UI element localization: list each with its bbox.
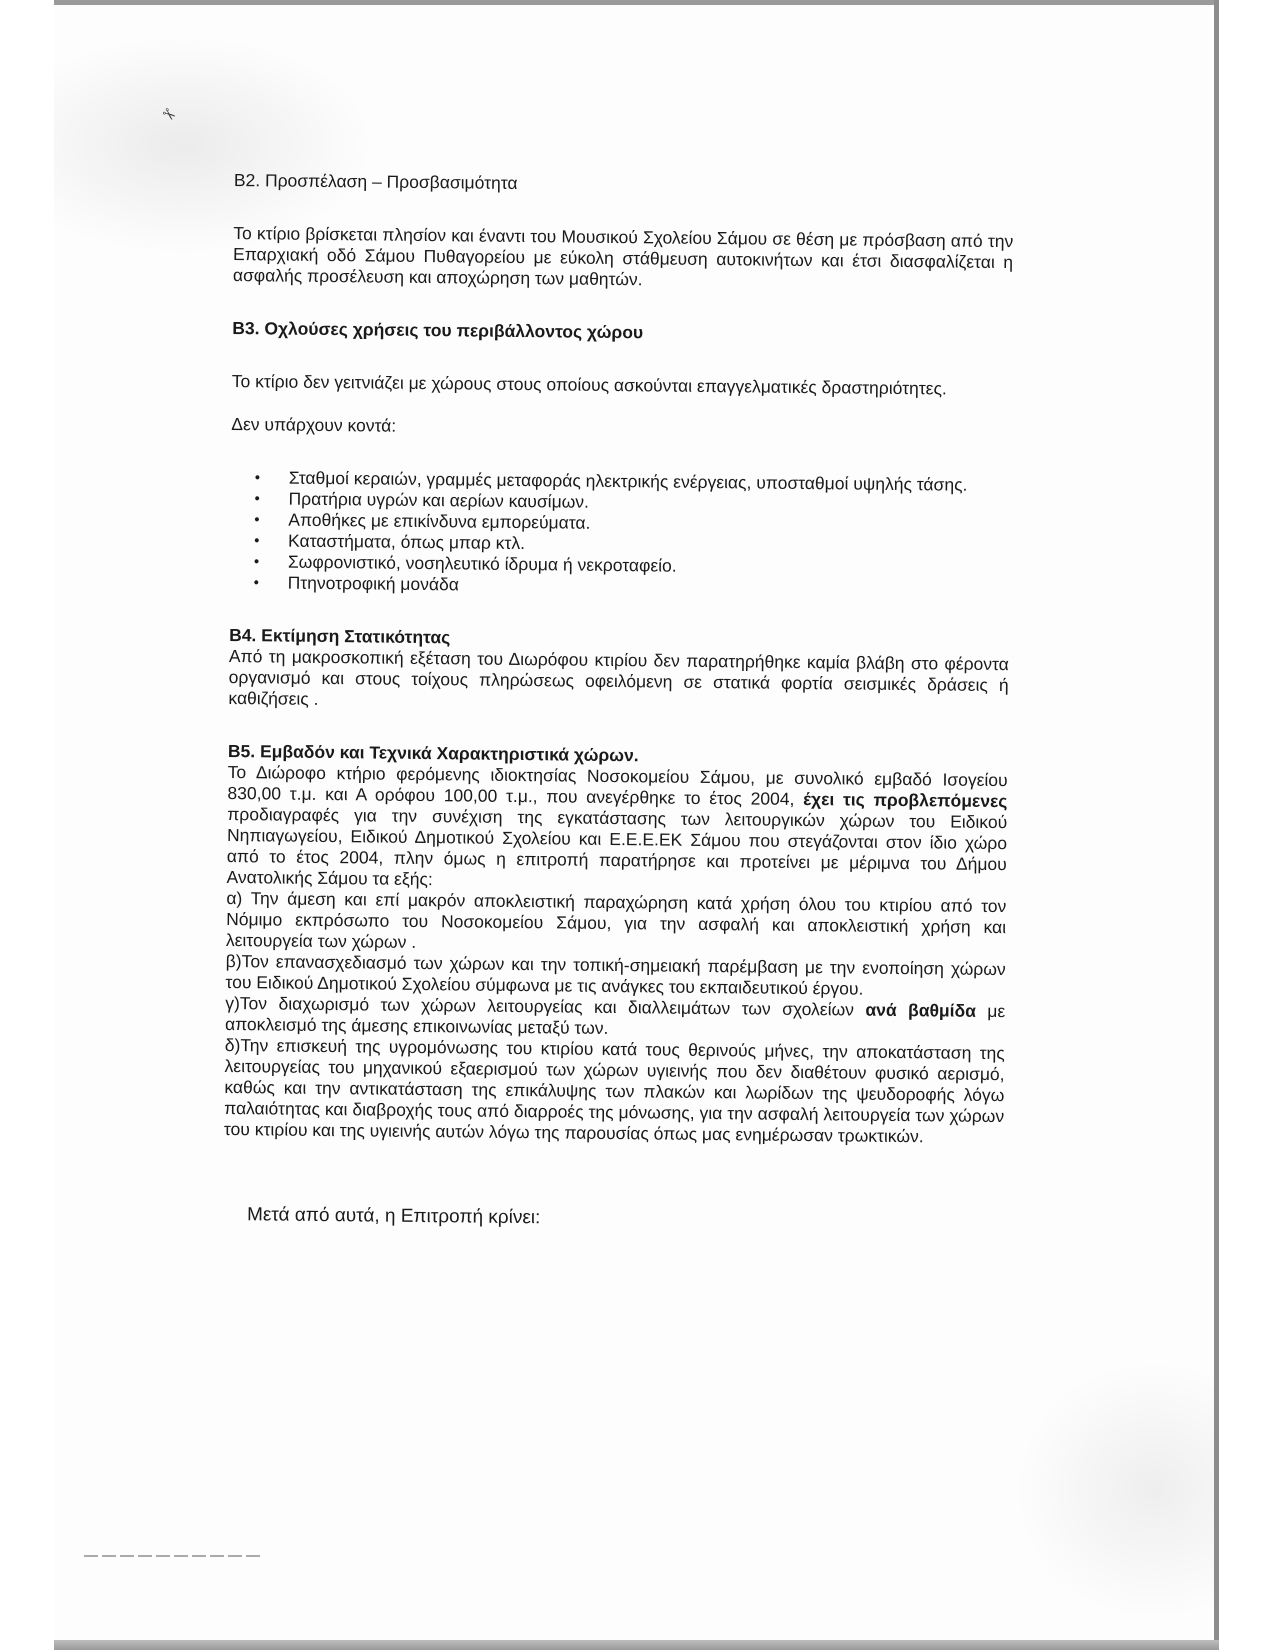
scan-margin-left	[0, 0, 54, 1650]
scan-edge-bottom	[54, 1640, 1219, 1650]
intro-bold-text: έχει τις προβλεπόμενες	[803, 789, 1007, 811]
item-c-bold-text: ανά βαθμίδα	[865, 1000, 976, 1021]
paragraph-b5-item-a: α) Την άμεση και επί μακρόν αποκλειστική…	[226, 888, 1007, 959]
paragraph-b5-item-d: δ)Την επισκευή της υγρομόνωσης του κτιρί…	[224, 1035, 1005, 1148]
paragraph-b4: Από τη μακροσκοπική εξέταση του Διωρόφου…	[228, 646, 1009, 717]
scan-margin-right	[1219, 0, 1275, 1650]
intro-text-cont: προδιαγραφές για την συνέχιση της εγκατά…	[226, 804, 1007, 889]
paragraph-b5-intro: Το Διώροφο κτήριο φερόμενης ιδιοκτησίας …	[226, 762, 1007, 896]
bullet-list: Σταθμοί κεραιών, γραμμές μεταφοράς ηλεκτ…	[230, 467, 1011, 601]
paragraph-b2: Το κτίριο βρίσκεται πλησίον και έναντι τ…	[233, 223, 1014, 294]
scan-artifact-line	[84, 1555, 264, 1557]
document-body: B2. Προσπέλαση – Προσβασιμότητα Το κτίρι…	[223, 170, 1014, 1233]
scan-shadow	[1014, 1360, 1214, 1620]
document-page: ✂ B2. Προσπέλαση – Προσβασιμότητα Το κτί…	[54, 5, 1214, 1640]
